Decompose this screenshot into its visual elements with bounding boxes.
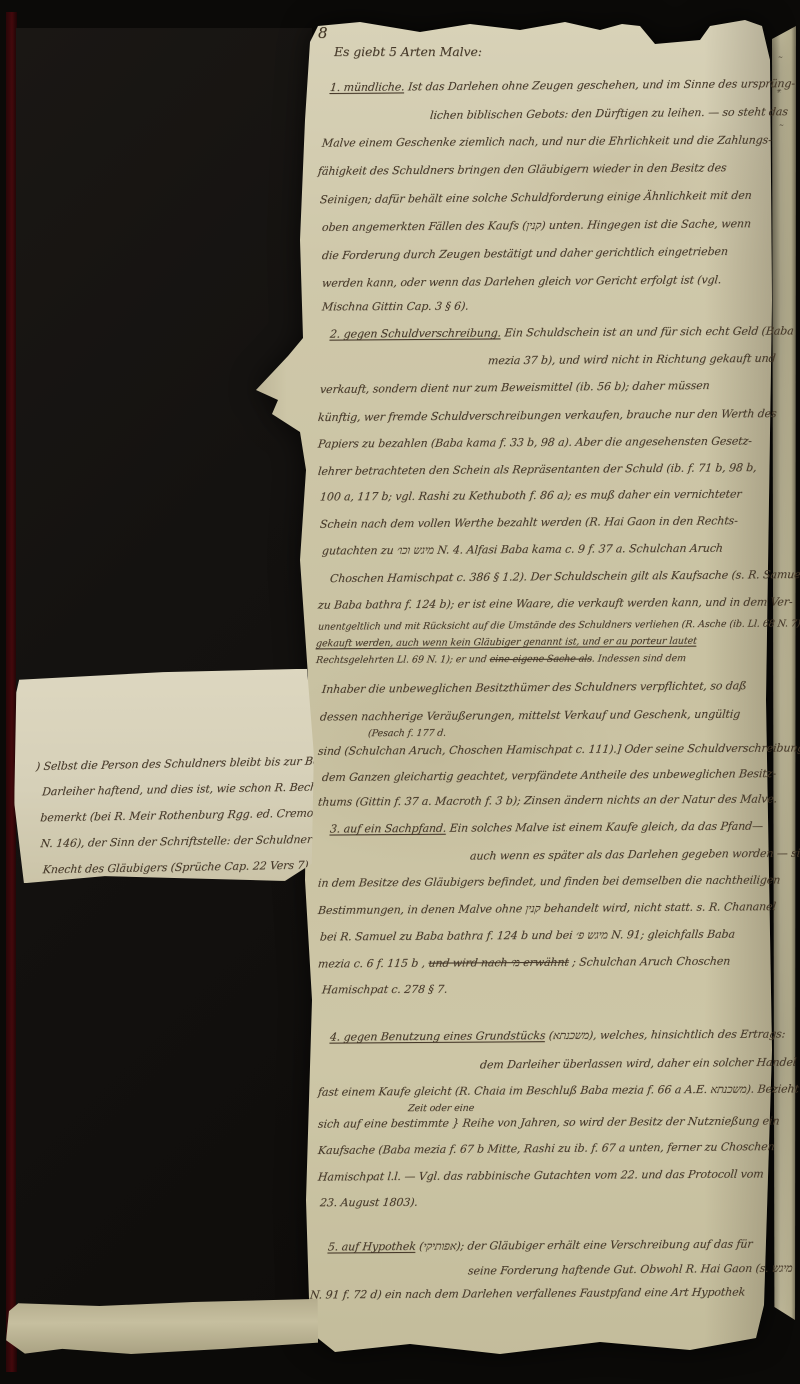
manuscript-page-wrap [250, 18, 778, 1360]
manuscript-page [250, 18, 778, 1360]
handwriting-line: Darleiher haftend, und dies ist, wie sch… [42, 781, 328, 797]
handwriting-line: N. 146), der Sinn der Schriftstelle: der… [40, 833, 349, 849]
handwriting-line: Knecht des Gläubigers (Sprüche Cap. 22 V… [42, 860, 312, 876]
handwriting-line: bemerkt (bei R. Meir Rothenburg Rgg. ed.… [40, 807, 327, 823]
scanned-manuscript-photo: ~ ✳ ~ 8 Es giebt 5 Arten Malve: 1. mündl… [0, 0, 800, 1384]
sliver-ink-mark: ~ [779, 122, 784, 129]
slip-handwriting-layer: ) Selbst die Person des Schuldners bleib… [13, 669, 315, 884]
page-number: 8 [318, 26, 327, 41]
text-run: Darleiher haftend, und dies ist, wie sch… [42, 780, 328, 798]
footnote-slip: ) Selbst die Person des Schuldners bleib… [13, 669, 315, 884]
page-heading: Es giebt 5 Arten Malve: [334, 46, 482, 59]
text-run: Knecht des Gläubigers (Sprüche Cap. 22 V… [42, 859, 312, 877]
sliver-ink-mark: ~ [778, 54, 783, 61]
text-run: N. 146), der Sinn der Schriftstelle: der… [40, 832, 349, 850]
text-run: bemerkt (bei R. Meir Rothenburg Rgg. ed.… [40, 806, 328, 824]
